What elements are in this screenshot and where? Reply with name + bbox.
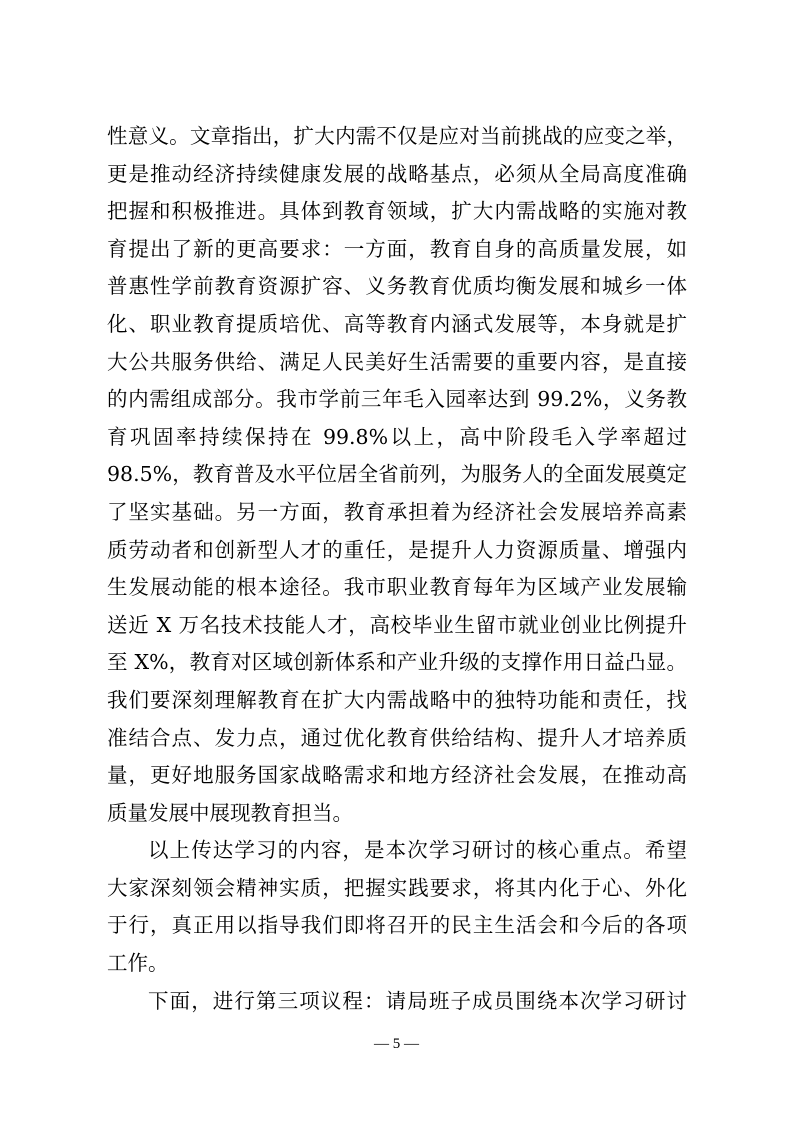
page-number: — 5 — [0, 1036, 793, 1053]
paragraph-2: 以上传达学习的内容，是本次学习研讨的核心重点。希望 大家深刻领会精神实质，把握实… [107, 832, 687, 982]
text-line: 普惠性学前教育资源扩容、义务教育优质均衡发展和城乡一体 [107, 268, 687, 306]
text-line: 化、职业教育提质培优、高等教育内涵式发展等，本身就是扩 [107, 306, 687, 344]
text-line: 质劳动者和创新型人才的重任，是提升人力资源质量、增强内 [107, 532, 687, 570]
text-line: 量，更好地服务国家战略需求和地方经济社会发展，在推动高 [107, 757, 687, 795]
text-line: 大家深刻领会精神实质，把握实践要求，将其内化于心、外化 [107, 870, 687, 908]
text-line: 更是推动经济持续健康发展的战略基点，必须从全局高度准确 [107, 156, 687, 194]
text-line: 育巩固率持续保持在 99.8%以上，高中阶段毛入学率超过 [107, 419, 687, 457]
text-line: 了坚实基础。另一方面，教育承担着为经济社会发展培养高素 [107, 494, 687, 532]
text-line: 98.5%，教育普及水平位居全省前列，为服务人的全面发展奠定 [107, 456, 687, 494]
text-line: 以上传达学习的内容，是本次学习研讨的核心重点。希望 [107, 832, 687, 870]
text-line: 于行，真正用以指导我们即将召开的民主生活会和今后的各项 [107, 907, 687, 945]
text-line: 的内需组成部分。我市学前三年毛入园率达到 99.2%，义务教 [107, 381, 687, 419]
text-line: 准结合点、发力点，通过优化教育供给结构、提升人才培养质 [107, 720, 687, 758]
text-line: 大公共服务供给、满足人民美好生活需要的重要内容，是直接 [107, 344, 687, 382]
document-page: 性意义。文章指出，扩大内需不仅是应对当前挑战的应变之举， 更是推动经济持续健康发… [0, 0, 793, 1122]
paragraph-3: 下面，进行第三项议程：请局班子成员围绕本次学习研讨 [107, 983, 687, 1021]
text-line: 送近 X 万名技术技能人才，高校毕业生留市就业创业比例提升 [107, 607, 687, 645]
text-line: 性意义。文章指出，扩大内需不仅是应对当前挑战的应变之举， [107, 118, 687, 156]
text-line: 育提出了新的更高要求：一方面，教育自身的高质量发展，如 [107, 231, 687, 269]
text-line: 把握和积极推进。具体到教育领域，扩大内需战略的实施对教 [107, 193, 687, 231]
text-line: 我们要深刻理解教育在扩大内需战略中的独特功能和责任，找 [107, 682, 687, 720]
text-line: 至 X%，教育对区域创新体系和产业升级的支撑作用日益凸显。 [107, 644, 687, 682]
text-line: 质量发展中展现教育担当。 [107, 795, 687, 833]
body-text: 性意义。文章指出，扩大内需不仅是应对当前挑战的应变之举， 更是推动经济持续健康发… [107, 118, 687, 1020]
text-line: 工作。 [107, 945, 687, 983]
text-line: 下面，进行第三项议程：请局班子成员围绕本次学习研讨 [107, 983, 687, 1021]
text-line: 生发展动能的根本途径。我市职业教育每年为区域产业发展输 [107, 569, 687, 607]
paragraph-1: 性意义。文章指出，扩大内需不仅是应对当前挑战的应变之举， 更是推动经济持续健康发… [107, 118, 687, 832]
